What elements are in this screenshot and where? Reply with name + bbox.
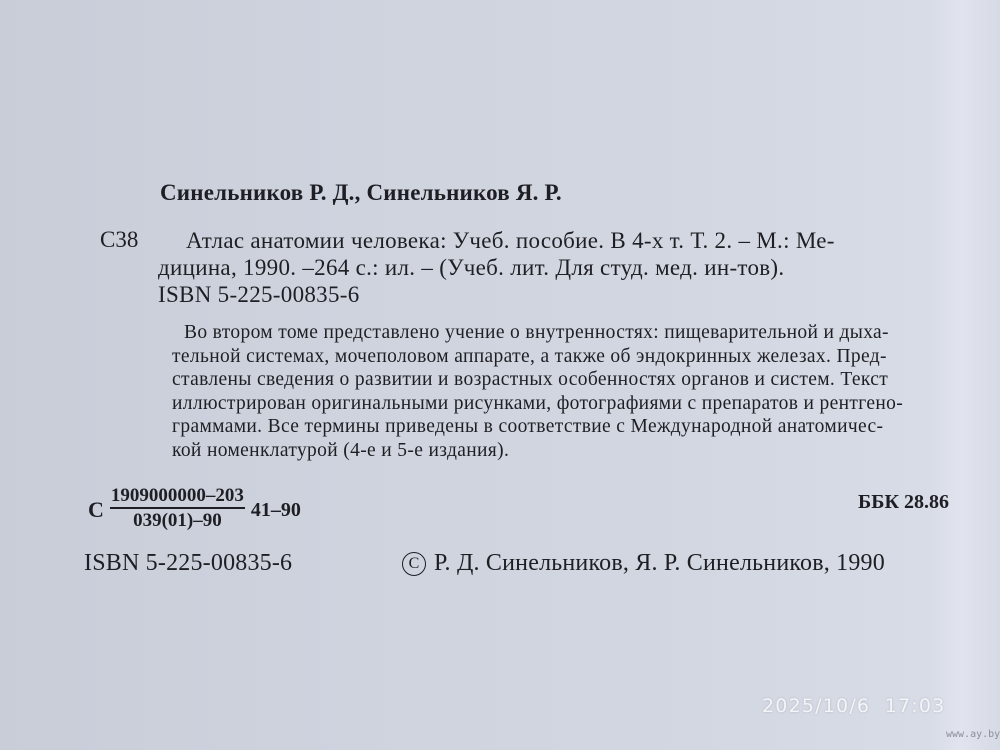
authors-heading: Синельников Р. Д., Синельников Я. Р. (160, 180, 562, 206)
photo-timestamp: 2025/10/6 17:03 (762, 695, 945, 717)
abstract-line: Во втором томе представлено учение о вну… (172, 321, 903, 345)
abstract-line: тельной системах, мочеполовом аппарате, … (172, 345, 903, 369)
copyright-icon: C (402, 552, 426, 576)
isbn: ISBN 5-225-00835-6 (84, 550, 292, 577)
biblio-line: дицина, 1990. –264 с.: ил. – (Учеб. лит.… (158, 254, 835, 281)
watermark: www.ay.by (946, 729, 1000, 740)
abstract-line: ставлены сведения о развитии и возрастны… (172, 368, 903, 392)
index-code-denominator: 039(01)–90 (133, 509, 222, 532)
bbk-code: ББК 28.86 (858, 491, 949, 514)
biblio-isbn: ISBN 5-225-00835-6 (158, 281, 835, 308)
biblio-line: Атлас анатомии человека: Учеб. пособие. … (186, 227, 835, 254)
index-code-suffix: 41–90 (251, 499, 301, 522)
index-code-letter: С (88, 497, 104, 523)
abstract-line: граммами. Все термины приведены в соотве… (172, 415, 903, 439)
index-code-fraction: 1909000000–203 039(01)–90 (110, 486, 245, 532)
abstract-line: иллюстрирован оригинальными рисунками, ф… (172, 392, 903, 416)
publisher-index-code: С 1909000000–203 039(01)–90 41–90 (88, 486, 301, 532)
classification-code: С38 (100, 227, 138, 253)
copyright-notice: CР. Д. Синельников, Я. Р. Синельников, 1… (402, 550, 885, 577)
abstract-line: кой номенклатурой (4-е и 5-е издания). (172, 439, 903, 463)
abstract: Во втором томе представлено учение о вну… (172, 321, 903, 462)
index-code-numerator: 1909000000–203 (110, 486, 245, 509)
bibliographic-entry: Атлас анатомии человека: Учеб. пособие. … (186, 227, 835, 308)
copyright-text: Р. Д. Синельников, Я. Р. Синельников, 19… (434, 550, 885, 576)
